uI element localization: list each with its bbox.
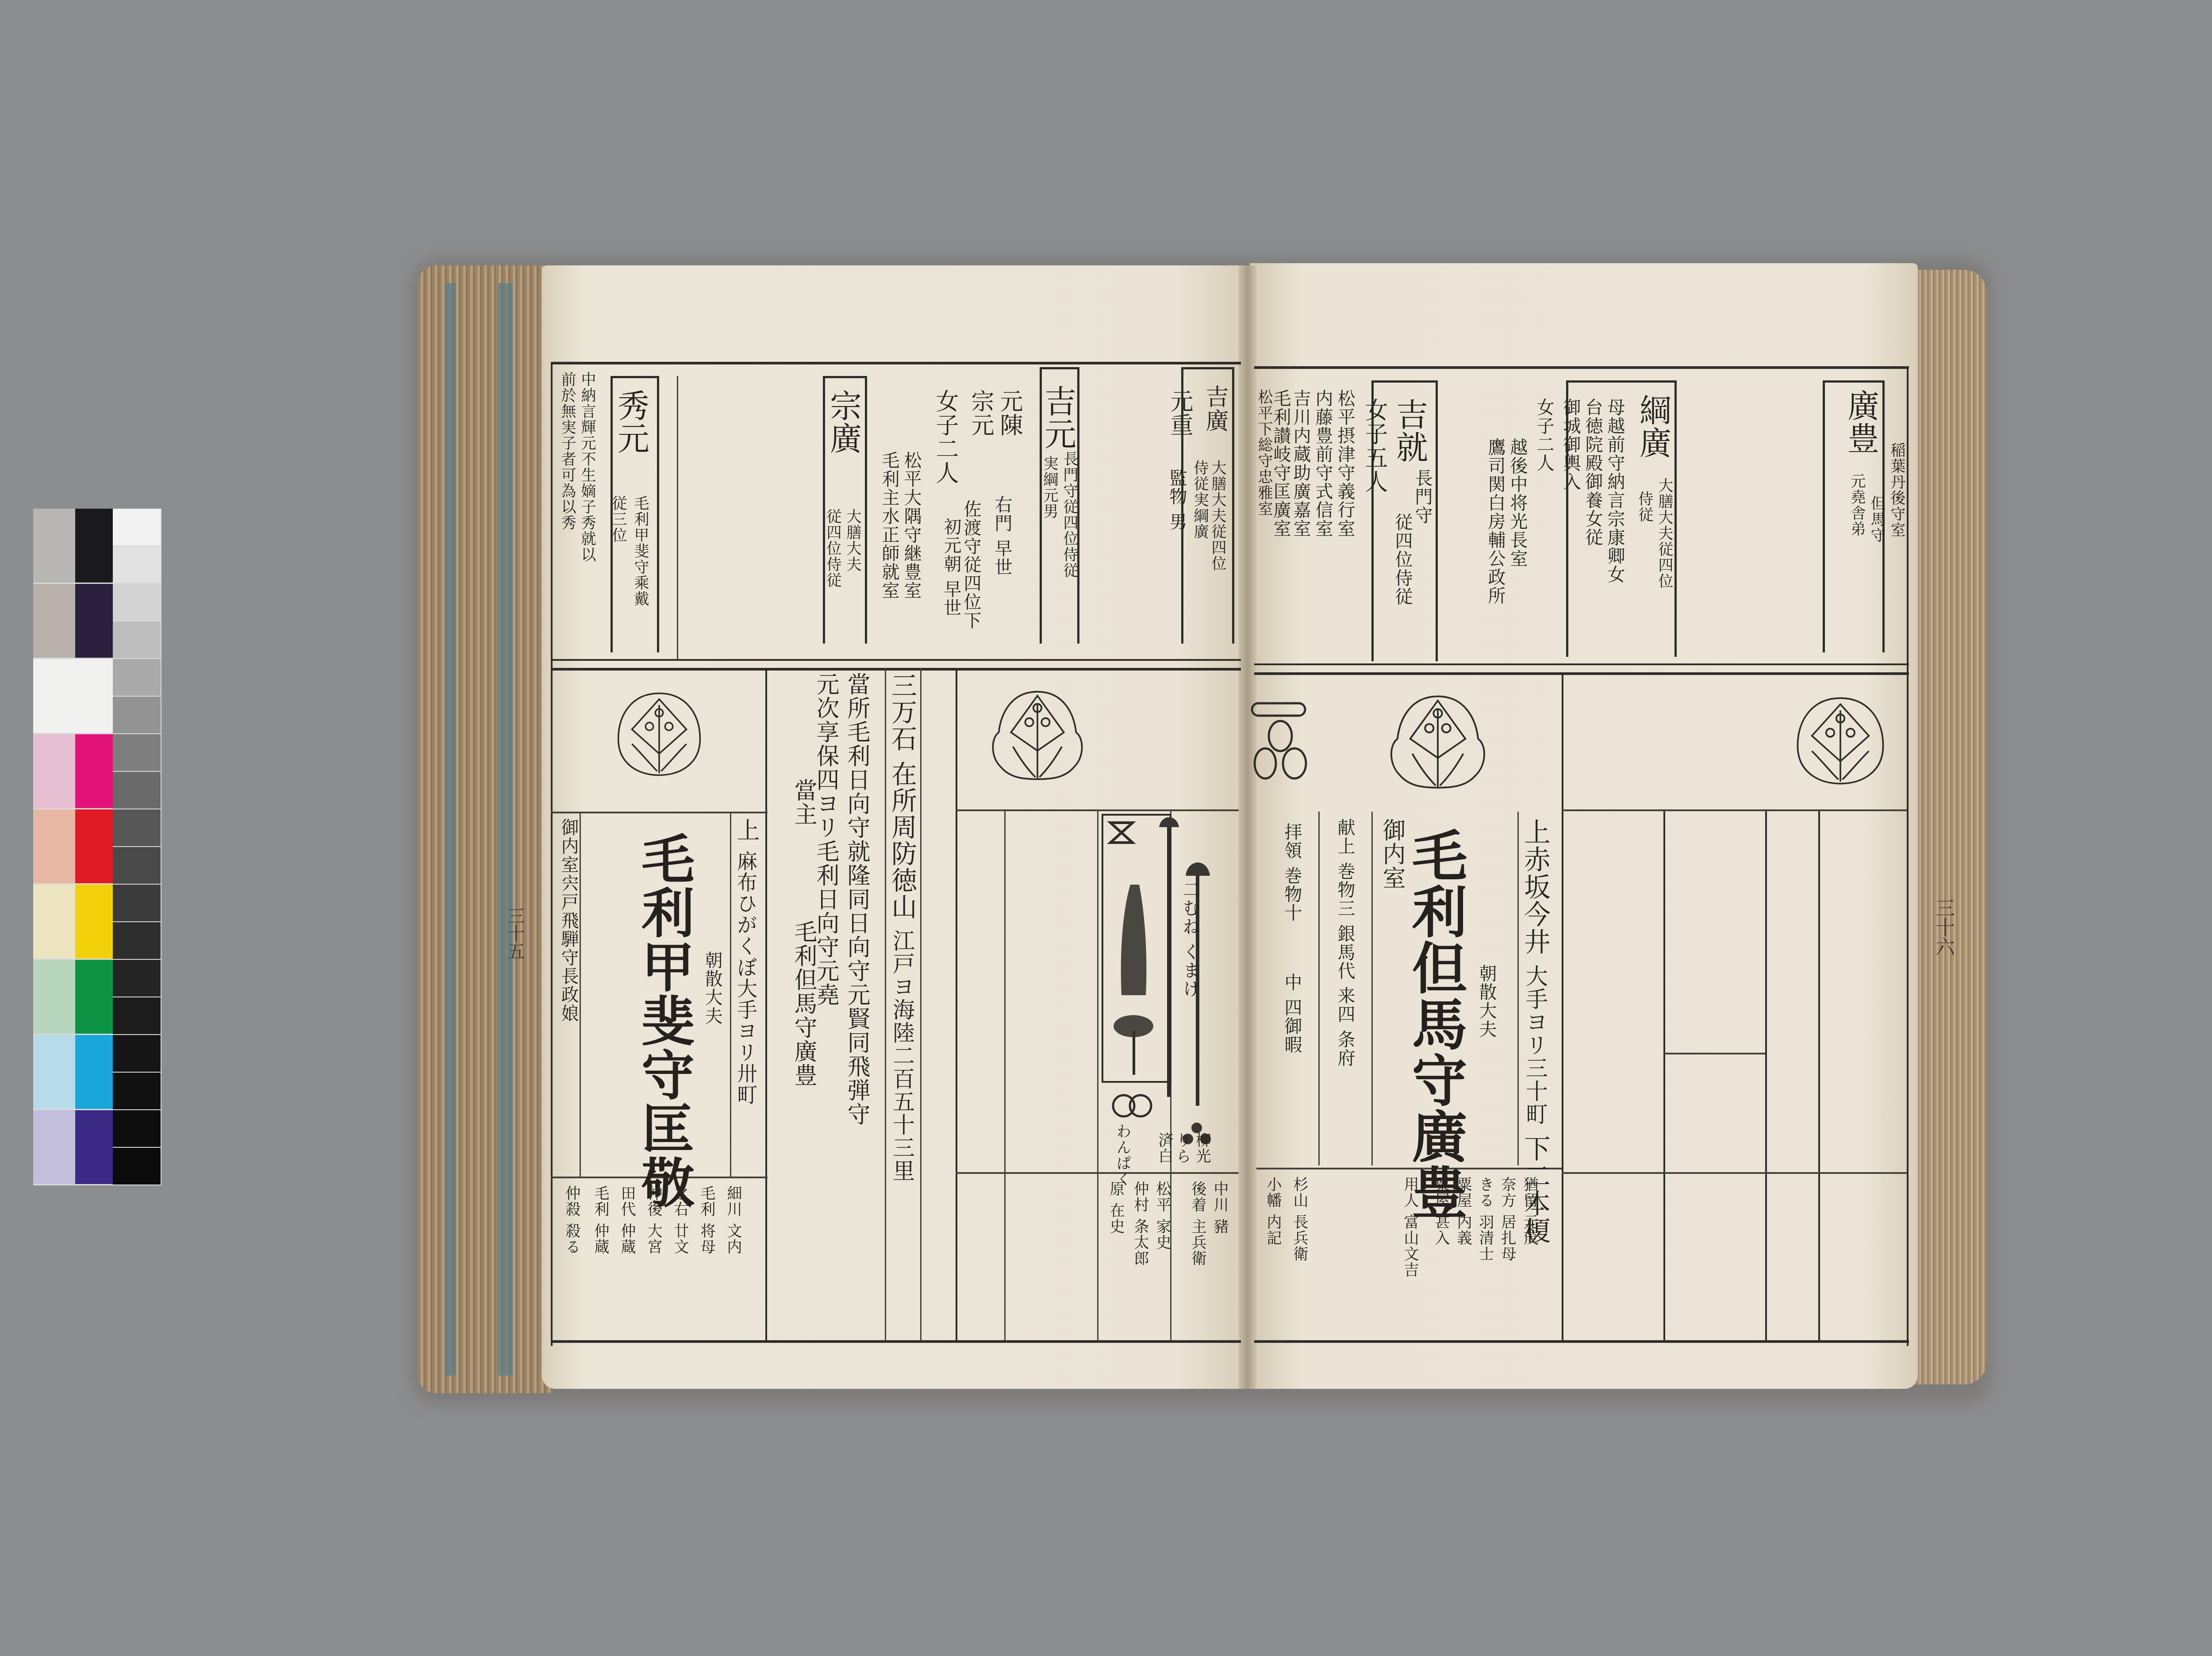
retainer: 田代 仲蔵	[619, 1185, 634, 1255]
genealogy-note: 右門 早世	[993, 495, 1011, 576]
color-swatch	[33, 1110, 75, 1184]
gray-swatch	[113, 1110, 161, 1147]
genealogy-title: 但馬守	[1869, 495, 1884, 543]
color-swatch	[75, 885, 113, 958]
daughters-label: 女子五人	[1363, 398, 1386, 494]
dots-label: 柳光	[1194, 1132, 1210, 1164]
edge-page-label: 三十五	[502, 907, 527, 960]
daughter-line: 毛利讃岐守匡廣室	[1272, 389, 1290, 538]
color-swatch	[33, 509, 75, 583]
genealogy-note: 佐渡守従四位下	[962, 500, 980, 630]
mother-line: 台徳院殿御養女従	[1584, 398, 1601, 547]
genealogy-rank: 従四位侍従	[1394, 513, 1411, 606]
color-swatch	[75, 584, 113, 658]
right-fore-edge: 三十六	[1911, 270, 1986, 1384]
divider	[1254, 672, 1909, 675]
column-rule	[1371, 812, 1373, 1165]
color-swatch	[33, 1035, 75, 1109]
genealogy-name: 宗廣	[827, 389, 859, 455]
daughter-line: 松平摂津守義行室	[1336, 389, 1354, 538]
genealogy-title: 大膳大夫	[845, 509, 860, 572]
genealogy-name: 吉元	[1042, 385, 1074, 450]
gray-swatch	[113, 697, 161, 733]
gray-swatch	[113, 1073, 161, 1109]
retainer: 奈方 居扎母	[1500, 1177, 1515, 1262]
column-rule	[1318, 812, 1320, 1165]
retainer: 後着 主兵衛	[1190, 1181, 1205, 1266]
bottom-border	[1254, 1340, 1909, 1343]
retainer: 中川 豬	[1212, 1181, 1227, 1234]
daughter-line: 松平下総守忠雅室	[1256, 389, 1271, 517]
blue-edge-stain	[498, 283, 513, 1376]
row-rule	[1562, 1172, 1907, 1174]
color-swatch	[75, 1110, 113, 1184]
retainer: きる 羽清士	[1478, 1177, 1493, 1262]
genealogy-title: 毛利甲斐守乘戴	[633, 495, 648, 607]
genealogy-name: 秀元	[615, 389, 647, 455]
heir-label: 當主	[792, 778, 815, 826]
bottom-border	[551, 1340, 1241, 1343]
color-swatch	[33, 659, 75, 733]
gray-swatch	[113, 509, 161, 545]
wife: 御内室	[1380, 818, 1403, 890]
court-rank: 朝散大夫	[1478, 964, 1495, 1039]
gray-swatch	[113, 659, 161, 696]
genealogy-name: 吉就	[1394, 398, 1425, 464]
wife: 御内室宍戸飛騨守長政娘	[560, 818, 577, 1023]
color-swatch	[75, 659, 113, 733]
genealogy-name: 廣豊	[1845, 389, 1877, 455]
gray-swatch	[113, 809, 161, 846]
top-border	[1254, 366, 1909, 369]
daimyo-name: 毛利甲斐守匡敬	[637, 832, 690, 1209]
genealogy-name: 吉廣	[1203, 385, 1226, 433]
daughters-label: 女子二人	[1535, 398, 1553, 472]
left-fore-edge: 三十五	[418, 265, 551, 1393]
genealogy-name: 元陳	[998, 389, 1021, 437]
retainer: 用人 富山文吉	[1402, 1177, 1417, 1278]
genealogy-rank: 従四位侍従	[825, 509, 840, 588]
interlocked-rings-icon	[1106, 1092, 1159, 1119]
gray-swatch	[113, 1148, 161, 1184]
column-rule	[580, 812, 581, 1177]
retainer: 原 在史	[1108, 1181, 1123, 1234]
divider	[551, 668, 1241, 671]
column-rule	[1097, 809, 1098, 1340]
column-rule	[1765, 809, 1767, 1340]
gray-swatch	[113, 885, 161, 921]
daimyo-name: 毛利但馬守廣豊	[1407, 827, 1462, 1220]
row-rule	[1562, 809, 1907, 811]
divider	[1254, 663, 1909, 665]
color-swatch	[33, 584, 75, 658]
column-rule	[1004, 809, 1006, 1340]
column-rule	[730, 812, 731, 1177]
column-rule	[1562, 672, 1563, 1340]
column-rule	[1517, 812, 1519, 1165]
color-swatch	[33, 885, 75, 958]
daughter-line: 越後中将光長室	[1509, 438, 1526, 568]
retainer: 毛利 仲蔵	[593, 1185, 608, 1255]
color-calibration-target	[33, 509, 161, 1185]
family-crest-icon	[1787, 690, 1893, 792]
color-swatch	[75, 509, 113, 583]
genealogy-title: 長門守	[1413, 469, 1431, 525]
retainer: 仲後 大宮	[646, 1185, 661, 1255]
column-rule	[765, 668, 767, 1340]
column-rule	[1663, 809, 1665, 1340]
genealogy-name: 綱廣	[1637, 394, 1669, 459]
daughter-line: 内藤豊前守式信室	[1314, 389, 1332, 538]
gray-swatch	[113, 734, 161, 771]
color-swatch	[75, 809, 113, 883]
gray-swatch	[113, 960, 161, 997]
family-crest-icon	[611, 686, 708, 783]
retainer: 細川 文内	[726, 1185, 741, 1255]
gray-swatch	[113, 584, 161, 621]
dots-label: りら	[1175, 1132, 1190, 1164]
column-rule	[1818, 809, 1820, 1340]
daughter-line: 鷹司関白房輔公政所	[1486, 438, 1504, 605]
gray-swatch	[113, 546, 161, 583]
gray-swatch	[113, 847, 161, 884]
genealogy-title: 長門守従四位侍従	[1062, 451, 1077, 579]
heir-name: 毛利但馬守廣豊	[792, 920, 815, 1087]
column-rule	[956, 668, 957, 1340]
gray-swatch	[113, 922, 161, 959]
daughter-line: 松平大隅守継豊室	[902, 451, 920, 600]
season: 中 四御暇	[1283, 973, 1301, 1054]
color-swatch	[75, 734, 113, 808]
note-line: 中納言輝元不生嫡子秀就以	[580, 372, 595, 655]
court-rank: 朝散大夫	[703, 951, 721, 1025]
book-gutter	[1239, 265, 1256, 1389]
spear-label: 二むね くまけ	[1181, 880, 1199, 998]
retainer: 粟屋 甚入	[1433, 1177, 1448, 1246]
ichimonji-mitsuboshi-crest-icon	[1248, 699, 1310, 783]
color-swatch	[75, 1035, 113, 1109]
history-line: 當所毛利日向守就隆同日向守元賢同飛弾守	[845, 672, 868, 1126]
dots-label: 済白	[1157, 1132, 1172, 1164]
color-swatch	[33, 734, 75, 808]
column-rule	[920, 668, 922, 1340]
family-crest-icon	[987, 686, 1088, 787]
retainer: 猶留 元茂	[1522, 1177, 1537, 1246]
genealogy-rank: 侍従	[1637, 491, 1652, 523]
mother-line: 母越前守納言宗康卿女	[1606, 398, 1624, 584]
genealogy-name: 宗元	[969, 389, 992, 437]
divider	[551, 659, 1241, 661]
retainer: 仲殺 殺る	[564, 1185, 579, 1255]
history-line: 元次享保四ヨリ毛利日向守元堯	[814, 672, 837, 1007]
crest-label: 一文字三星	[1248, 787, 1250, 788]
retainer: 之右 廿文	[672, 1185, 687, 1255]
rings-label: わんぱく	[1115, 1123, 1130, 1187]
gray-swatch	[113, 621, 161, 658]
genealogy-note: 実綱元男	[1042, 456, 1057, 519]
gift: 拝領 巻物十	[1283, 823, 1301, 922]
column-rule	[885, 668, 886, 1340]
tribute: 献上 巻物三 銀馬代 来四 条府	[1336, 818, 1354, 1067]
daughter-line: 毛利主水正師就室	[880, 451, 898, 600]
genealogy-title: 大膳大夫従四位	[1657, 478, 1672, 589]
column-rule	[677, 376, 678, 659]
edge-page-label: 三十六	[1929, 898, 1957, 956]
right-border	[1907, 366, 1909, 1346]
genealogy-note: 初元朝 早世	[942, 517, 960, 617]
color-swatch	[33, 809, 75, 883]
residence: 上 麻布ひがくぼ大手ヨリ卅町	[734, 818, 757, 1105]
genealogy-rank: 従三位	[611, 495, 626, 543]
daughters-label: 女子二人	[933, 389, 956, 485]
retainer: 小幡 内記	[1265, 1177, 1280, 1246]
row-rule	[1663, 1053, 1765, 1054]
top-border	[551, 362, 1241, 364]
genealogy-note: 元堯舎弟	[1849, 473, 1864, 537]
color-swatch	[75, 960, 113, 1034]
genealogy-note: 稲葉丹後守室	[1889, 442, 1904, 538]
retainer: 粟屋 内義	[1455, 1177, 1471, 1246]
stipend-and-seat: 三万石 在所周防徳山 江戸ヨ海陸二百五十三里	[889, 672, 915, 1182]
left-border	[551, 362, 553, 1346]
blue-edge-stain	[445, 283, 456, 1376]
family-crest-icon	[1385, 690, 1491, 796]
genealogy-note: 侍従実綱廣	[1192, 460, 1207, 540]
retainer: 松平 家史	[1155, 1181, 1170, 1250]
mother-line: 御城御輿入	[1562, 398, 1579, 491]
retainer: 杉山 長兵衛	[1292, 1177, 1307, 1262]
note-line: 前於無実子者可為以秀	[560, 372, 575, 655]
color-swatch	[33, 960, 75, 1034]
retainer: 仲村 条太郎	[1133, 1181, 1148, 1266]
gray-swatch	[113, 772, 161, 809]
gray-swatch	[113, 1035, 161, 1072]
genealogy-title: 大膳大夫従四位	[1210, 460, 1225, 571]
retainer: 毛利 将母	[699, 1185, 714, 1255]
gray-swatch	[113, 997, 161, 1034]
daughter-line: 吉川内蔵助廣嘉室	[1292, 389, 1310, 538]
row-rule	[551, 812, 768, 813]
